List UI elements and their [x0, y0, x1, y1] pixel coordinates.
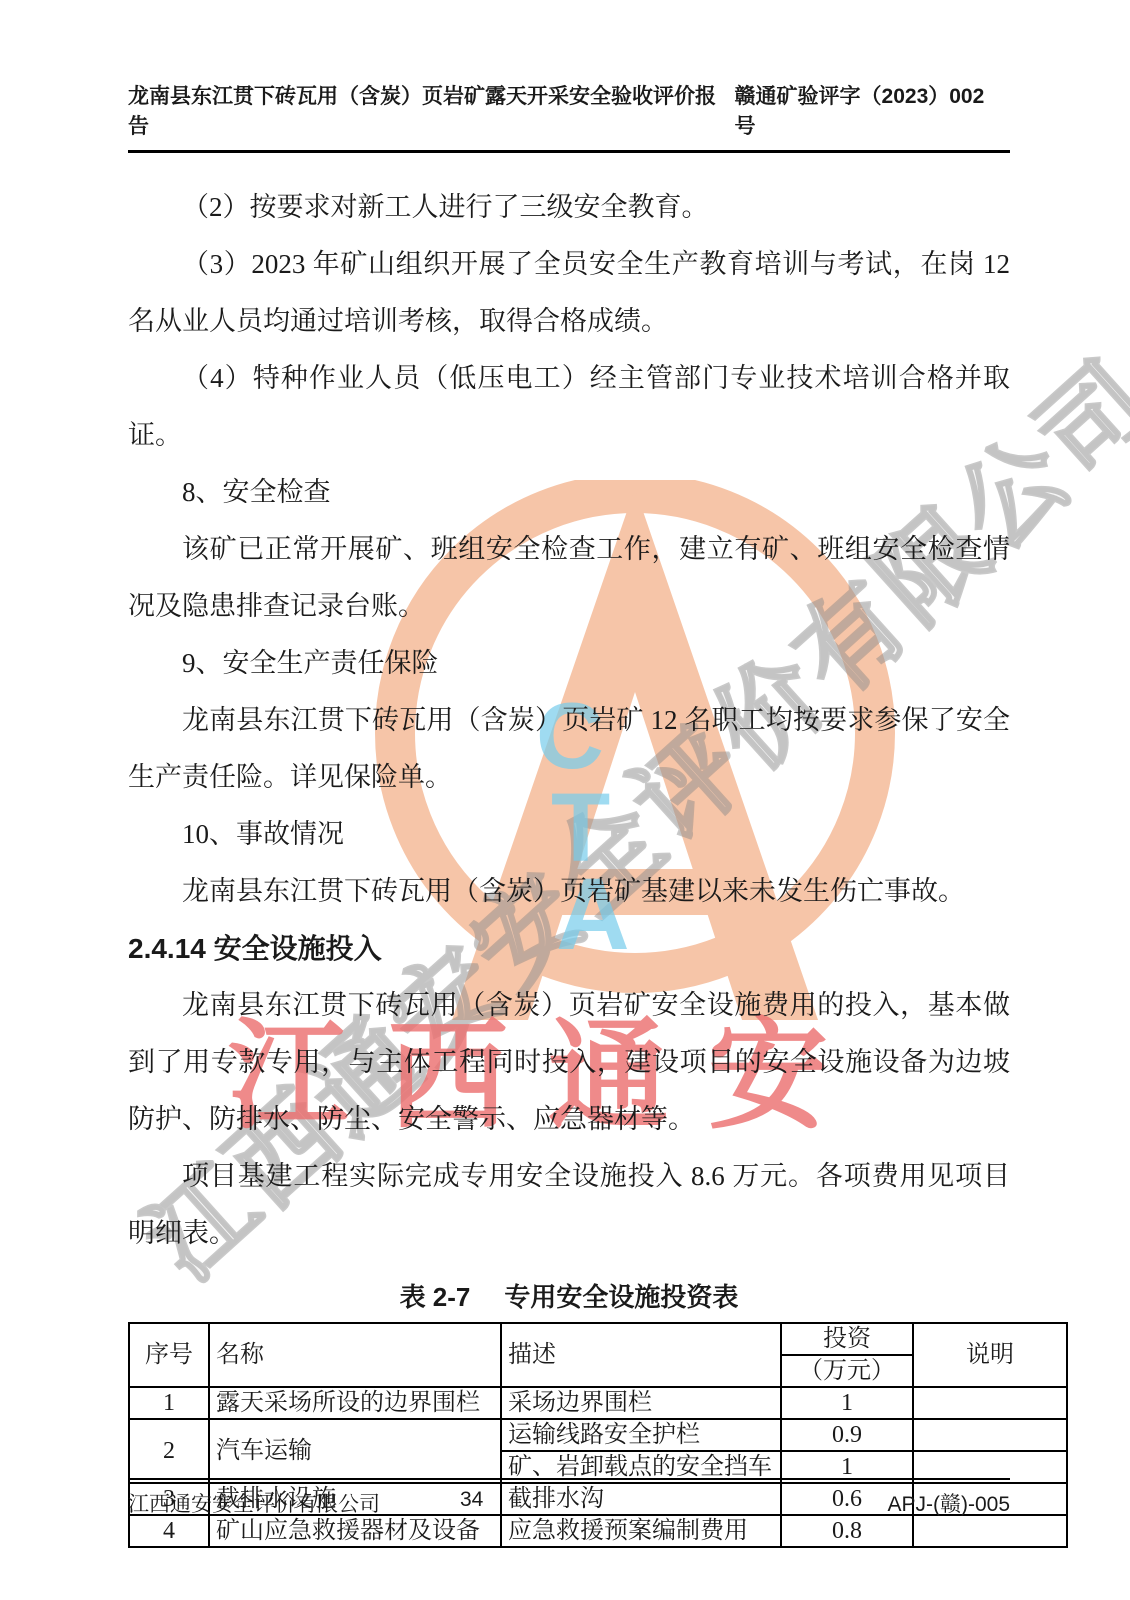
paragraph: 龙南县东江贯下砖瓦用（含炭）页岩矿 12 名职工均按要求参保了安全生产责任险。详… — [128, 692, 1010, 806]
col-header-investment: 投资 — [781, 1323, 913, 1355]
table-caption-text: 专用安全设施投资表 — [504, 1282, 738, 1312]
col-header-name: 名称 — [209, 1323, 501, 1387]
page-header: 龙南县东江贯下砖瓦用（含炭）页岩矿露天开采安全验收评价报告 赣通矿验评字（202… — [128, 80, 1010, 153]
page-content: 龙南县东江贯下砖瓦用（含炭）页岩矿露天开采安全验收评价报告 赣通矿验评字（202… — [0, 80, 1130, 1548]
table-caption: 表 2-7专用安全设施投资表 — [128, 1278, 1010, 1316]
footer-page-number: 34 — [460, 1488, 483, 1512]
document-page: 江西通安安全评价有限公司 C T A 江西通安 龙南县东江贯下砖瓦用（含炭）页岩… — [0, 0, 1130, 1600]
paragraph: 龙南县东江贯下砖瓦用（含炭）页岩矿安全设施费用的投入，基本做到了用专款专用，与主… — [128, 977, 1010, 1148]
body-text: （2）按要求对新工人进行了三级安全教育。 （3）2023 年矿山组织开展了全员安… — [128, 179, 1010, 1262]
cell-no: 4 — [129, 1515, 209, 1547]
table-caption-label: 表 2-7 — [400, 1282, 471, 1312]
page-footer: 江西通安安全评价有限公司 34 APJ-(赣)-005 — [128, 1478, 1010, 1518]
paragraph: 该矿已正常开展矿、班组安全检查工作，建立有矿、班组安全检查情况及隐患排查记录台账… — [128, 521, 1010, 635]
cell-investment: 0.9 — [781, 1419, 913, 1451]
paragraph: 8、安全检查 — [128, 464, 1010, 521]
table-row: 2 汽车运输 运输线路安全护栏 0.9 — [129, 1419, 1067, 1451]
col-header-note: 说明 — [913, 1323, 1067, 1387]
section-heading: 2.4.14 安全设施投入 — [128, 920, 1010, 977]
paragraph: 项目基建工程实际完成专用安全设施投入 8.6 万元。各项费用见项目明细表。 — [128, 1148, 1010, 1262]
col-header-investment-unit: （万元） — [781, 1355, 913, 1387]
table-header-row: 序号 名称 描述 投资 说明 — [129, 1323, 1067, 1355]
paragraph: 9、安全生产责任保险 — [128, 635, 1010, 692]
col-header-no: 序号 — [129, 1323, 209, 1387]
paragraph: （3）2023 年矿山组织开展了全员安全生产教育培训与考试，在岗 12 名从业人… — [128, 236, 1010, 350]
paragraph: （2）按要求对新工人进行了三级安全教育。 — [128, 179, 1010, 236]
cell-note — [913, 1515, 1067, 1547]
footer-company: 江西通安安全评价有限公司 — [128, 1488, 380, 1518]
cell-name: 矿山应急救援器材及设备 — [209, 1515, 501, 1547]
doc-number: 赣通矿验评字（2023）002 号 — [735, 80, 1010, 140]
cell-note — [913, 1387, 1067, 1419]
paragraph: 10、事故情况 — [128, 806, 1010, 863]
cell-investment: 0.8 — [781, 1515, 913, 1547]
cell-desc: 应急救援预案编制费用 — [501, 1515, 781, 1547]
cell-no: 2 — [129, 1419, 209, 1483]
cell-investment: 1 — [781, 1387, 913, 1419]
footer-doc-code: APJ-(赣)-005 — [887, 1488, 1010, 1518]
table-row: 1 露天采场所设的边界围栏 采场边界围栏 1 — [129, 1387, 1067, 1419]
cell-no: 1 — [129, 1387, 209, 1419]
cell-name: 汽车运输 — [209, 1419, 501, 1483]
paragraph: （4）特种作业人员（低压电工）经主管部门专业技术培训合格并取证。 — [128, 350, 1010, 464]
cell-desc: 采场边界围栏 — [501, 1387, 781, 1419]
cell-name: 露天采场所设的边界围栏 — [209, 1387, 501, 1419]
table-row: 4 矿山应急救援器材及设备 应急救援预案编制费用 0.8 — [129, 1515, 1067, 1547]
report-title: 龙南县东江贯下砖瓦用（含炭）页岩矿露天开采安全验收评价报告 — [128, 80, 735, 140]
cell-desc: 运输线路安全护栏 — [501, 1419, 781, 1451]
paragraph: 龙南县东江贯下砖瓦用（含炭）页岩矿基建以来未发生伤亡事故。 — [128, 863, 1010, 920]
col-header-desc: 描述 — [501, 1323, 781, 1387]
cell-note — [913, 1419, 1067, 1451]
